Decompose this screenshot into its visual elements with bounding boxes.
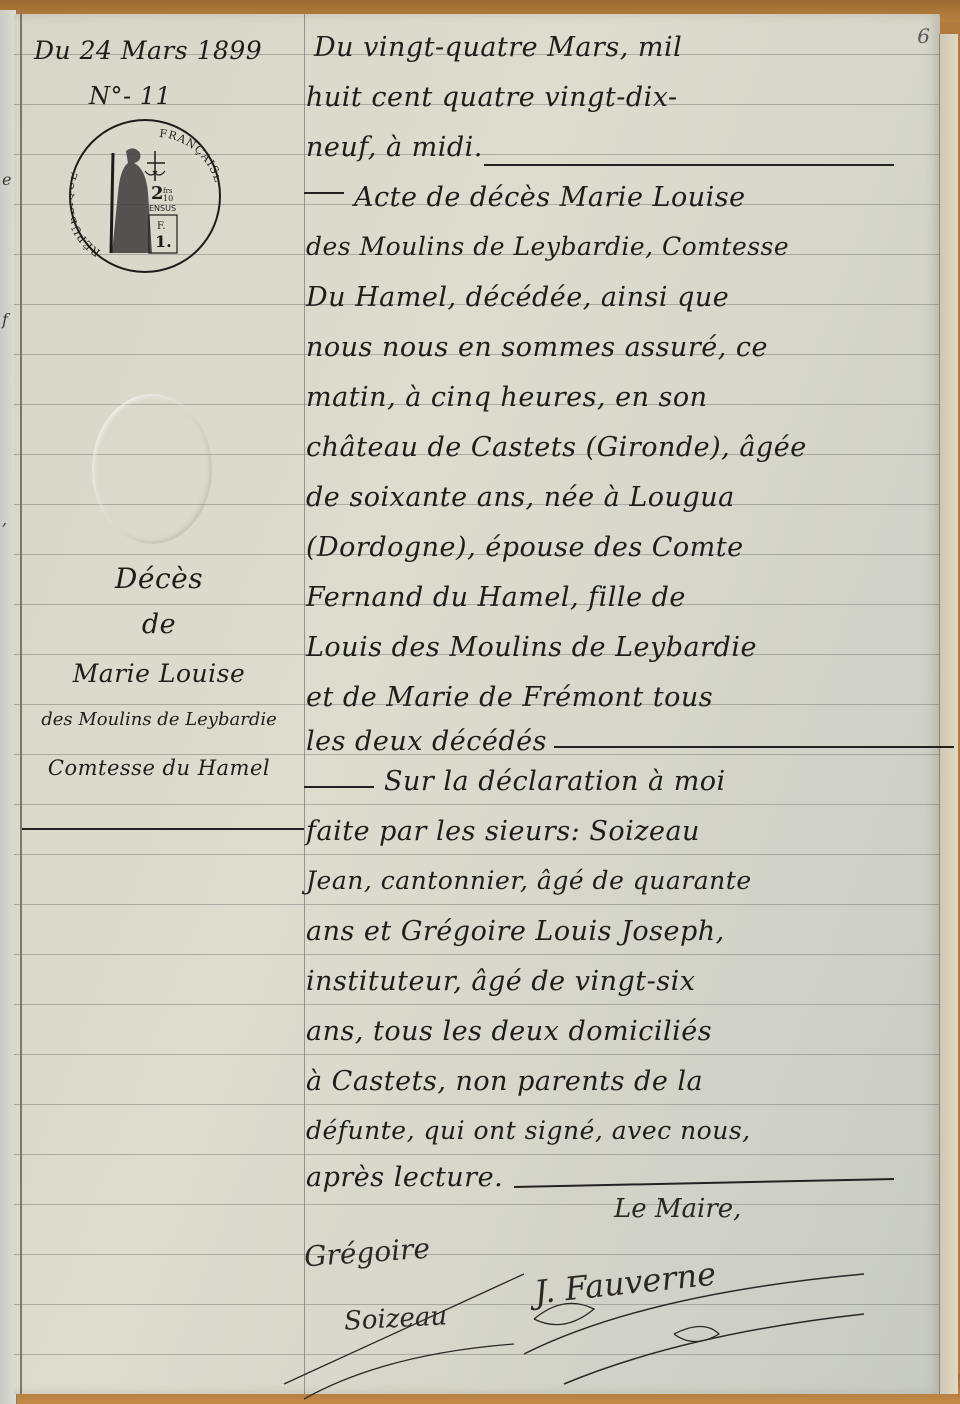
register-page: 6 Du 24 Mars 1899 N°- 11 RÉPUBLIQUE FRAN…	[14, 14, 940, 1394]
svg-text:RÉPUBLIQUE: RÉPUBLIQUE	[71, 169, 103, 259]
page-stack-edge	[939, 34, 958, 1394]
stamp-left-text: RÉPUBLIQUE	[71, 169, 103, 259]
body-line: château de Castets (Gironde), âgée	[306, 432, 807, 463]
margin-date-header: Du 24 Mars 1899	[34, 36, 262, 65]
prev-page-scrap: e	[2, 170, 11, 189]
page-number-fragment: 6	[917, 24, 930, 48]
svg-text:F.: F.	[157, 221, 166, 232]
body-line: instituteur, âgé de vingt-six	[306, 966, 695, 997]
body-line: à Castets, non parents de la	[306, 1066, 703, 1097]
margin-title-line: Décès	[24, 562, 294, 595]
margin-title-line: Marie Louise	[24, 659, 294, 688]
body-line: ans et Grégoire Louis Joseph,	[306, 916, 725, 947]
body-line: Jean, cantonnier, âgé de quarante	[306, 866, 752, 895]
svg-text:1.: 1.	[155, 232, 172, 251]
svg-text:2: 2	[151, 183, 164, 204]
svg-text:FRANÇAISE: FRANÇAISE	[159, 127, 219, 185]
body-line: Du Hamel, décédée, ainsi que	[306, 282, 729, 313]
body-line: des Moulins de Leybardie, Comtesse	[306, 232, 789, 261]
signature-flourish-icon	[264, 1234, 904, 1404]
prev-page-scrap: ,	[2, 510, 7, 529]
paragraph-dash	[304, 192, 344, 194]
body-line: matin, à cinq heures, en son	[306, 382, 708, 413]
body-line: ans, tous les deux domiciliés	[306, 1016, 712, 1047]
body-line: défunte, qui ont signé, avec nous,	[306, 1116, 751, 1145]
line-filler-dash	[514, 1178, 894, 1188]
prev-page-scrap: f	[2, 310, 8, 329]
body-line: les deux décédés	[306, 726, 547, 757]
body-line: neuf, à midi.	[306, 132, 483, 163]
body-line: huit cent quatre vingt-dix-	[306, 82, 678, 113]
margin-separator	[22, 828, 304, 830]
body-line: Sur la déclaration à moi	[384, 766, 726, 797]
body-line: Fernand du Hamel, fille de	[306, 582, 686, 613]
svg-text:10: 10	[163, 194, 173, 203]
stamp-justice-figure-icon: RÉPUBLIQUE FRANÇAISE 2 frs 10 ENSUS F. 1…	[71, 121, 219, 271]
act-number: N°- 11	[89, 82, 171, 110]
body-line: faite par les sieurs: Soizeau	[306, 816, 700, 847]
body-line: Du vingt-quatre Mars, mil	[314, 32, 682, 63]
body-line: (Dordogne), épouse des Comte	[306, 532, 744, 563]
mayor-label: Le Maire,	[614, 1194, 741, 1224]
svg-text:ENSUS: ENSUS	[149, 204, 176, 213]
body-line: nous nous en sommes assuré, ce	[306, 332, 768, 363]
paragraph-dash	[304, 786, 374, 788]
margin-title-line: des Moulins de Leybardie	[24, 709, 294, 730]
body-line: après lecture.	[306, 1162, 503, 1193]
line-filler-dash	[554, 746, 954, 748]
margin-title-line: Comtesse du Hamel	[24, 756, 294, 780]
stamp-right-text: FRANÇAISE	[159, 127, 219, 185]
body-line: Acte de décès Marie Louise	[354, 182, 746, 213]
fiscal-stamp: RÉPUBLIQUE FRANÇAISE 2 frs 10 ENSUS F. 1…	[69, 119, 221, 273]
margin-title-line: de	[24, 609, 294, 640]
line-filler-dash	[484, 164, 894, 166]
body-line: Louis des Moulins de Leybardie	[306, 632, 757, 663]
body-line: de soixante ans, née à Lougua	[306, 482, 735, 513]
embossed-seal	[92, 394, 212, 544]
body-line: et de Marie de Frémont tous	[306, 682, 713, 713]
